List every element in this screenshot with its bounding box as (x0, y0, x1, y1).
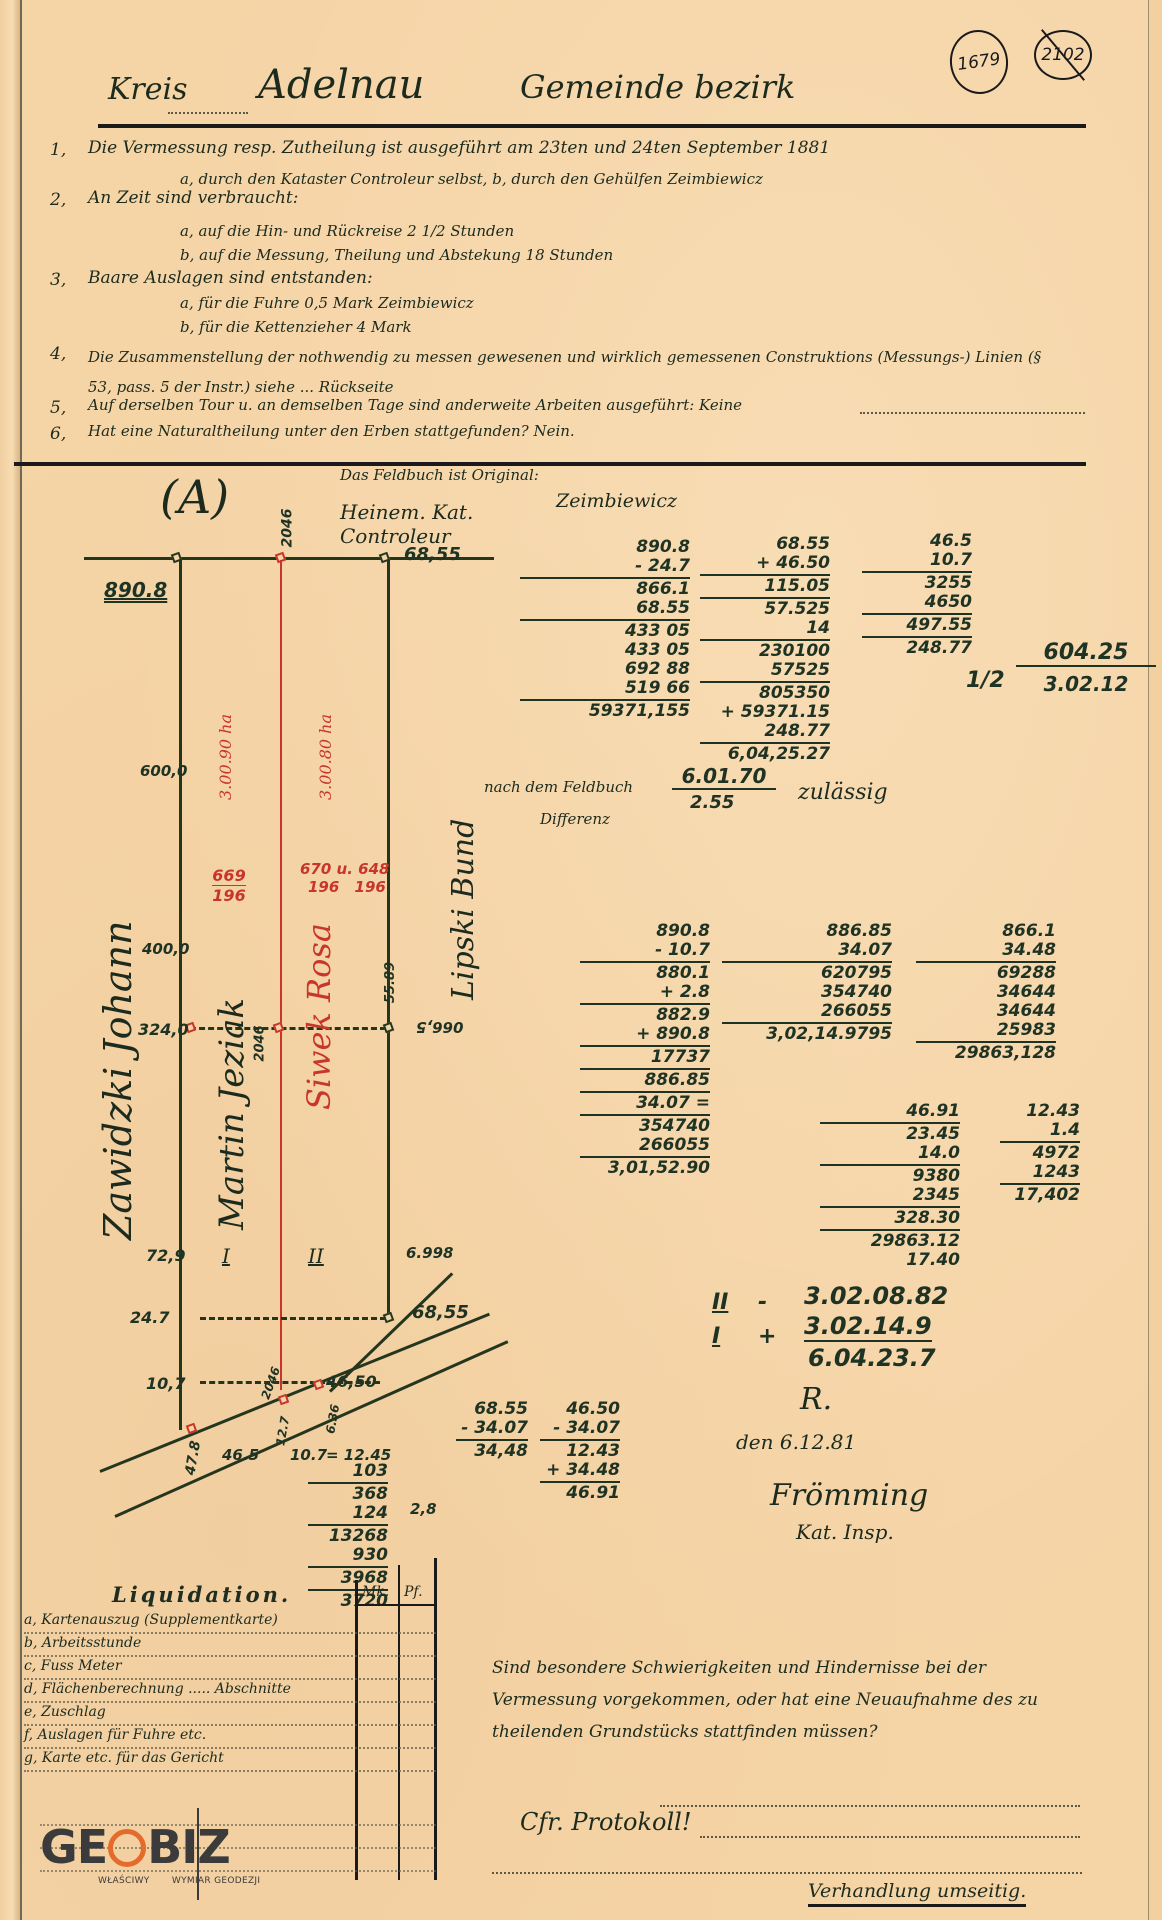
difference-value: 2.55 (690, 792, 734, 813)
signature-name: Frömming (770, 1478, 928, 1513)
table-border (434, 1558, 437, 1880)
measure-label: 55.89 (383, 962, 398, 1003)
dotted-leader (24, 1747, 436, 1749)
calc-line: 23.45 (820, 1125, 960, 1144)
calc-line: 4650 (862, 593, 972, 612)
liquidation-row-label: f, Auslagen für Fuhre etc. (24, 1727, 206, 1743)
table-border (398, 1565, 400, 1880)
dotted-leader (168, 112, 248, 114)
item-5-text: Auf derselben Tour u. an demselben Tage … (88, 396, 742, 414)
calc-line: 68.55 (520, 599, 690, 618)
item-5-number: 5, (50, 398, 66, 418)
liquidation-row-label: c, Fuss Meter (24, 1658, 122, 1674)
kreis-value: Adelnau (258, 62, 424, 108)
calc-line: 890.8 (580, 922, 710, 941)
calc-line: 46.91 (540, 1484, 620, 1503)
parcel-number-and: u. (337, 860, 353, 878)
remarks-question: Sind besondere Schwierigkeiten und Hinde… (492, 1652, 1082, 1748)
previous-page-edge (0, 0, 22, 1920)
total-sum: 6.04.23.7 (808, 1344, 936, 1372)
calc-line: 433 05 (520, 641, 690, 660)
boundary-marker (383, 1312, 395, 1324)
controller-signature: Heinem. Kat. Controleur (340, 500, 480, 548)
dotted-leader (492, 1872, 1082, 1874)
measure-label: 24.7 (130, 1308, 169, 1327)
calc-block: 12.431.44972124317,402 (1000, 1102, 1080, 1205)
calc-line: 68.55 (456, 1400, 528, 1419)
measure-label: 12.7 (273, 1415, 292, 1447)
calc-line: 354740 (722, 983, 892, 1002)
calc-line: 17.40 (820, 1251, 960, 1270)
item-2-text: An Zeit sind verbraucht: (88, 188, 298, 208)
difference-label: Differenz (540, 810, 610, 828)
measure-label: 2046 (253, 1025, 268, 1061)
calc-line: 57.525 (700, 600, 830, 619)
calc-line: 29863,128 (916, 1044, 1056, 1063)
calc-line: 930 (308, 1546, 388, 1565)
dotted-leader (24, 1770, 436, 1772)
logo-prefix: GE (40, 1820, 107, 1874)
measure-line (200, 1317, 386, 1320)
owner-name-right: Lipski Bund (446, 819, 481, 1000)
item-6-text: Hat eine Naturaltheilung unter den Erben… (88, 422, 575, 440)
item-3-sub-a: a, für die Fuhre 0,5 Mark Zeimbiewicz (180, 294, 474, 312)
calc-line: 29863.12 (820, 1232, 960, 1251)
document-page: 1679 2102 Kreis Adelnau Gemeinde bezirk … (0, 0, 1162, 1920)
measure-label: 2046 (279, 509, 295, 548)
parcel-number-numerator: 669 (212, 866, 246, 886)
measure-label: 72,9 (146, 1246, 185, 1265)
column-pf: Pf. (404, 1584, 423, 1600)
measure-label: 324,0 (138, 1020, 189, 1039)
dotted-leader (24, 1678, 436, 1680)
assistant-signature: Zeimbiewicz (556, 490, 677, 512)
calc-line: 6,04,25.27 (700, 745, 830, 764)
total-II-label: II (712, 1290, 728, 1315)
calc-line: 115.05 (700, 577, 830, 596)
calc-block: 890.8- 24.7866.168.55433 05433 05692 885… (520, 538, 690, 721)
parcel-I-area: 3.00.90 ha (216, 714, 235, 800)
parcel-number-denominator: 196 (355, 878, 386, 896)
total-II-sign: - (758, 1290, 767, 1315)
calc-line: 68.55 (700, 535, 830, 554)
item-2-sub-a: a, auf die Hin- und Rückreise 2 1/2 Stun… (180, 222, 514, 240)
calc-line: 1.4 (1000, 1121, 1080, 1140)
calc-line: 1243 (1000, 1163, 1080, 1182)
item-3-text: Baare Auslagen sind entstanden: (88, 268, 373, 288)
boundary-line-right (387, 560, 390, 1320)
calc-block: 866.134.486928834644346442598329863,128 (916, 922, 1056, 1063)
half-numerator: 604.25 (1016, 640, 1156, 667)
gemeinde-label: Gemeinde bezirk (520, 68, 795, 106)
total-I-label: I (712, 1324, 720, 1349)
calc-line: 34644 (916, 1002, 1056, 1021)
original-note: Das Feldbuch ist Original: (340, 466, 539, 484)
parcel-I-label: I (222, 1244, 230, 1268)
calc-line: 17737 (580, 1048, 710, 1067)
calc-line: 886.85 (580, 1071, 710, 1090)
calc-line: 890.8 (520, 538, 690, 557)
calc-line: 14.0 (820, 1144, 960, 1163)
owner-name-left: Zawidzki Johann (96, 920, 140, 1240)
parcel-label: (A) (160, 470, 229, 524)
parcel-II-area: 3.00.80 ha (316, 714, 335, 800)
liquidation-row-label: a, Kartenauszug (Supplementkarte) (24, 1612, 278, 1628)
item-1-number: 1, (50, 140, 66, 160)
parcel-II-number: 670 u. 648 196 196 (300, 860, 389, 896)
calc-line: 3,02,14.9795 (722, 1025, 892, 1044)
table-header-rule (355, 1604, 437, 1606)
boundary-marker (383, 1022, 395, 1034)
calc-line: - 34.07 (456, 1419, 528, 1438)
signature-title: Kat. Insp. (796, 1520, 894, 1544)
measure-label: 47.8 (182, 1440, 204, 1477)
measure-label: 600,0 (140, 762, 187, 780)
calc-line: 805350 (700, 684, 830, 703)
calc-line: 880.1 (580, 964, 710, 983)
calc-line: 3,01,52.90 (580, 1159, 710, 1178)
parcel-number-denominator: 196 (308, 878, 339, 896)
calc-block: 68.55+ 46.50115.0557.5251423010057525805… (700, 535, 830, 764)
calc-line: 692 88 (520, 660, 690, 679)
parcel-number-numerator: 648 (358, 860, 389, 878)
calc-block: 68.55- 34.0734,48 (456, 1400, 528, 1461)
half-label: 1/2 (966, 668, 1005, 693)
item-3-sub-b: b, für die Kettenzieher 4 Mark (180, 318, 412, 336)
dotted-leader (660, 1805, 1080, 1807)
calc-block: 46.9123.4514.093802345328.3029863.1217.4… (820, 1102, 960, 1270)
measure-label: 400,0 (142, 940, 189, 958)
item-4-text: Die Zusammenstellung der nothwendig zu m… (88, 342, 1068, 402)
logo-tagline: WŁAŚCIWY WYMIAR GEODEZJI (98, 1876, 260, 1886)
item-1-sub-a: a, durch den Kataster Controleur selbst,… (180, 170, 763, 188)
calc-line: - 24.7 (520, 557, 690, 576)
admissible-note: zulässig (798, 780, 888, 805)
table-border (355, 1580, 358, 1880)
item-6-number: 6, (50, 424, 66, 444)
closing-note: Verhandlung umseitig. (808, 1880, 1026, 1907)
calc-line: 248.77 (862, 639, 972, 658)
archive-number-stamp: 1679 (946, 26, 1012, 97)
calc-line: 9380 (820, 1167, 960, 1186)
division-line (280, 560, 282, 1390)
measure-label: 46.5 (222, 1446, 259, 1464)
dotted-leader (24, 1701, 436, 1703)
calc-line: 59371,155 (520, 702, 690, 721)
dotted-leader (24, 1632, 436, 1634)
calc-line: 14 (700, 619, 830, 638)
calc-line: 248.77 (700, 722, 830, 741)
measure-label: 10,7 (146, 1374, 185, 1393)
calc-line: 230100 (700, 642, 830, 661)
measure-label: 890.8 (104, 578, 167, 602)
calc-line: 103 (308, 1462, 388, 1481)
calc-line: 4972 (1000, 1144, 1080, 1163)
calc-line: 12.43 (1000, 1102, 1080, 1121)
calc-line: 354740 (580, 1117, 710, 1136)
calc-line: 3255 (862, 574, 972, 593)
logo-wordmark: GEBIZ (40, 1820, 230, 1874)
archive-number: 1679 (956, 49, 1002, 75)
item-1-text: Die Vermessung resp. Zutheilung ist ausg… (88, 138, 830, 158)
total-I-value: 3.02.14.9 (804, 1312, 932, 1342)
total-II-value: 3.02.08.82 (804, 1282, 948, 1310)
calc-line: 34.07 = (580, 1094, 710, 1113)
signature-initial: R. (800, 1382, 832, 1417)
measure-label: 46,50 (326, 1372, 377, 1391)
measure-label: 6.36 (323, 1403, 342, 1435)
calc-line: 2345 (820, 1186, 960, 1205)
calc-line: 266055 (580, 1136, 710, 1155)
calc-line: + 2.8 (580, 983, 710, 1002)
owner-name-parcel-II: Siwek Rosa (300, 923, 338, 1110)
item-2-number: 2, (50, 190, 66, 210)
owner-name-parcel-I: Martin Jeziak (212, 998, 252, 1230)
calc-block: 886.8534.076207953547402660553,02,14.979… (722, 922, 892, 1044)
calc-line: 46.50 (540, 1400, 620, 1419)
geobiz-watermark: GEBIZ WŁAŚCIWY WYMIAR GEODEZJI (40, 1820, 230, 1874)
signature-date: den 6.12.81 (736, 1430, 856, 1454)
column-mk: Mk. (362, 1584, 389, 1600)
measure-label: 68,55 (412, 1302, 469, 1323)
calc-line: 266055 (722, 1002, 892, 1021)
calc-line: 328.30 (820, 1209, 960, 1228)
section-rule (14, 462, 1086, 466)
logo-target-icon (108, 1829, 146, 1867)
calc-line: 46.91 (820, 1102, 960, 1121)
dotted-leader (700, 1836, 1080, 1838)
header-rule (98, 124, 1086, 128)
calc-line: 620795 (722, 964, 892, 983)
liquidation-row-label: g, Karte etc. für das Gericht (24, 1750, 224, 1766)
item-2-sub-b: b, auf die Messung, Theilung und Absteku… (180, 246, 613, 264)
calc-line: 17,402 (1000, 1186, 1080, 1205)
liquidation-row-label: e, Zuschlag (24, 1704, 106, 1720)
parcel-number-denominator: 196 (212, 886, 246, 905)
calc-line: + 46.50 (700, 554, 830, 573)
boundary-marker (273, 1022, 285, 1034)
calc-line: 866.1 (916, 922, 1056, 941)
calc-line: 46.5 (862, 532, 972, 551)
calc-block: 46.510.732554650497.55248.77 (862, 532, 972, 658)
liquidation-row-label: b, Arbeitsstunde (24, 1635, 141, 1651)
calc-line: 497.55 (862, 616, 972, 635)
calc-line: 34.07 (722, 941, 892, 960)
item-3-number: 3, (50, 270, 66, 290)
parcel-I-number: 669 196 (212, 866, 246, 905)
side-value: 2,8 (410, 1500, 437, 1518)
measure-label: 68,55 (404, 544, 461, 565)
calc-line: 34,48 (456, 1442, 528, 1461)
calc-line: 34644 (916, 983, 1056, 1002)
kreis-label: Kreis (108, 72, 188, 107)
tagline-right: WYMIAR GEODEZJI (172, 1876, 260, 1886)
calc-line: 124 (308, 1504, 388, 1523)
page-edge (1148, 0, 1162, 1920)
item-4-number: 4, (50, 344, 66, 364)
calc-line: 12.43 (540, 1442, 620, 1461)
calc-line: + 59371.15 (700, 703, 830, 722)
calc-line: 886.85 (722, 922, 892, 941)
calc-line: 34.48 (916, 941, 1056, 960)
liquidation-row-label: d, Flächenberechnung ..... Abschnitte (24, 1681, 291, 1697)
calc-line: 69288 (916, 964, 1056, 983)
liquidation-title: Liquidation. (112, 1582, 291, 1607)
dotted-leader (860, 412, 1085, 414)
calc-line: + 890.8 (580, 1025, 710, 1044)
calc-line: 25983 (916, 1021, 1056, 1040)
total-I-sign: + (758, 1324, 776, 1349)
calc-line: 10.7 (862, 551, 972, 570)
calc-line: - 34.07 (540, 1419, 620, 1438)
calc-line: - 10.7 (580, 941, 710, 960)
calc-block: 46.50- 34.0712.43+ 34.4846.91 (540, 1400, 620, 1503)
dotted-leader (24, 1724, 436, 1726)
calc-line: 433 05 (520, 622, 690, 641)
calc-block: 890.8- 10.7880.1+ 2.8882.9+ 890.81773788… (580, 922, 710, 1178)
calc-line: + 34.48 (540, 1461, 620, 1480)
calc-line: 519 66 (520, 679, 690, 698)
parcel-number-numerator: 670 (300, 860, 331, 878)
remarks-answer: Cfr. Protokoll! (520, 1808, 692, 1836)
check-label: nach dem Feldbuch (484, 778, 633, 796)
half-denominator: 3.02.12 (1016, 672, 1156, 696)
check-value: 6.01.70 (672, 764, 776, 790)
calc-line: 368 (308, 1485, 388, 1504)
calc-line: 57525 (700, 661, 830, 680)
boundary-line-left (179, 560, 182, 1430)
tagline-left: WŁAŚCIWY (98, 1876, 150, 1886)
measure-label: 6.998 (406, 1244, 453, 1262)
measure-label: 066,5 (416, 1018, 463, 1036)
dotted-leader (24, 1655, 436, 1657)
calc-line: 882.9 (580, 1006, 710, 1025)
calc-line: 13268 (308, 1527, 388, 1546)
parcel-II-label: II (308, 1244, 324, 1268)
logo-suffix: BIZ (147, 1820, 230, 1874)
calc-line: 866.1 (520, 580, 690, 599)
